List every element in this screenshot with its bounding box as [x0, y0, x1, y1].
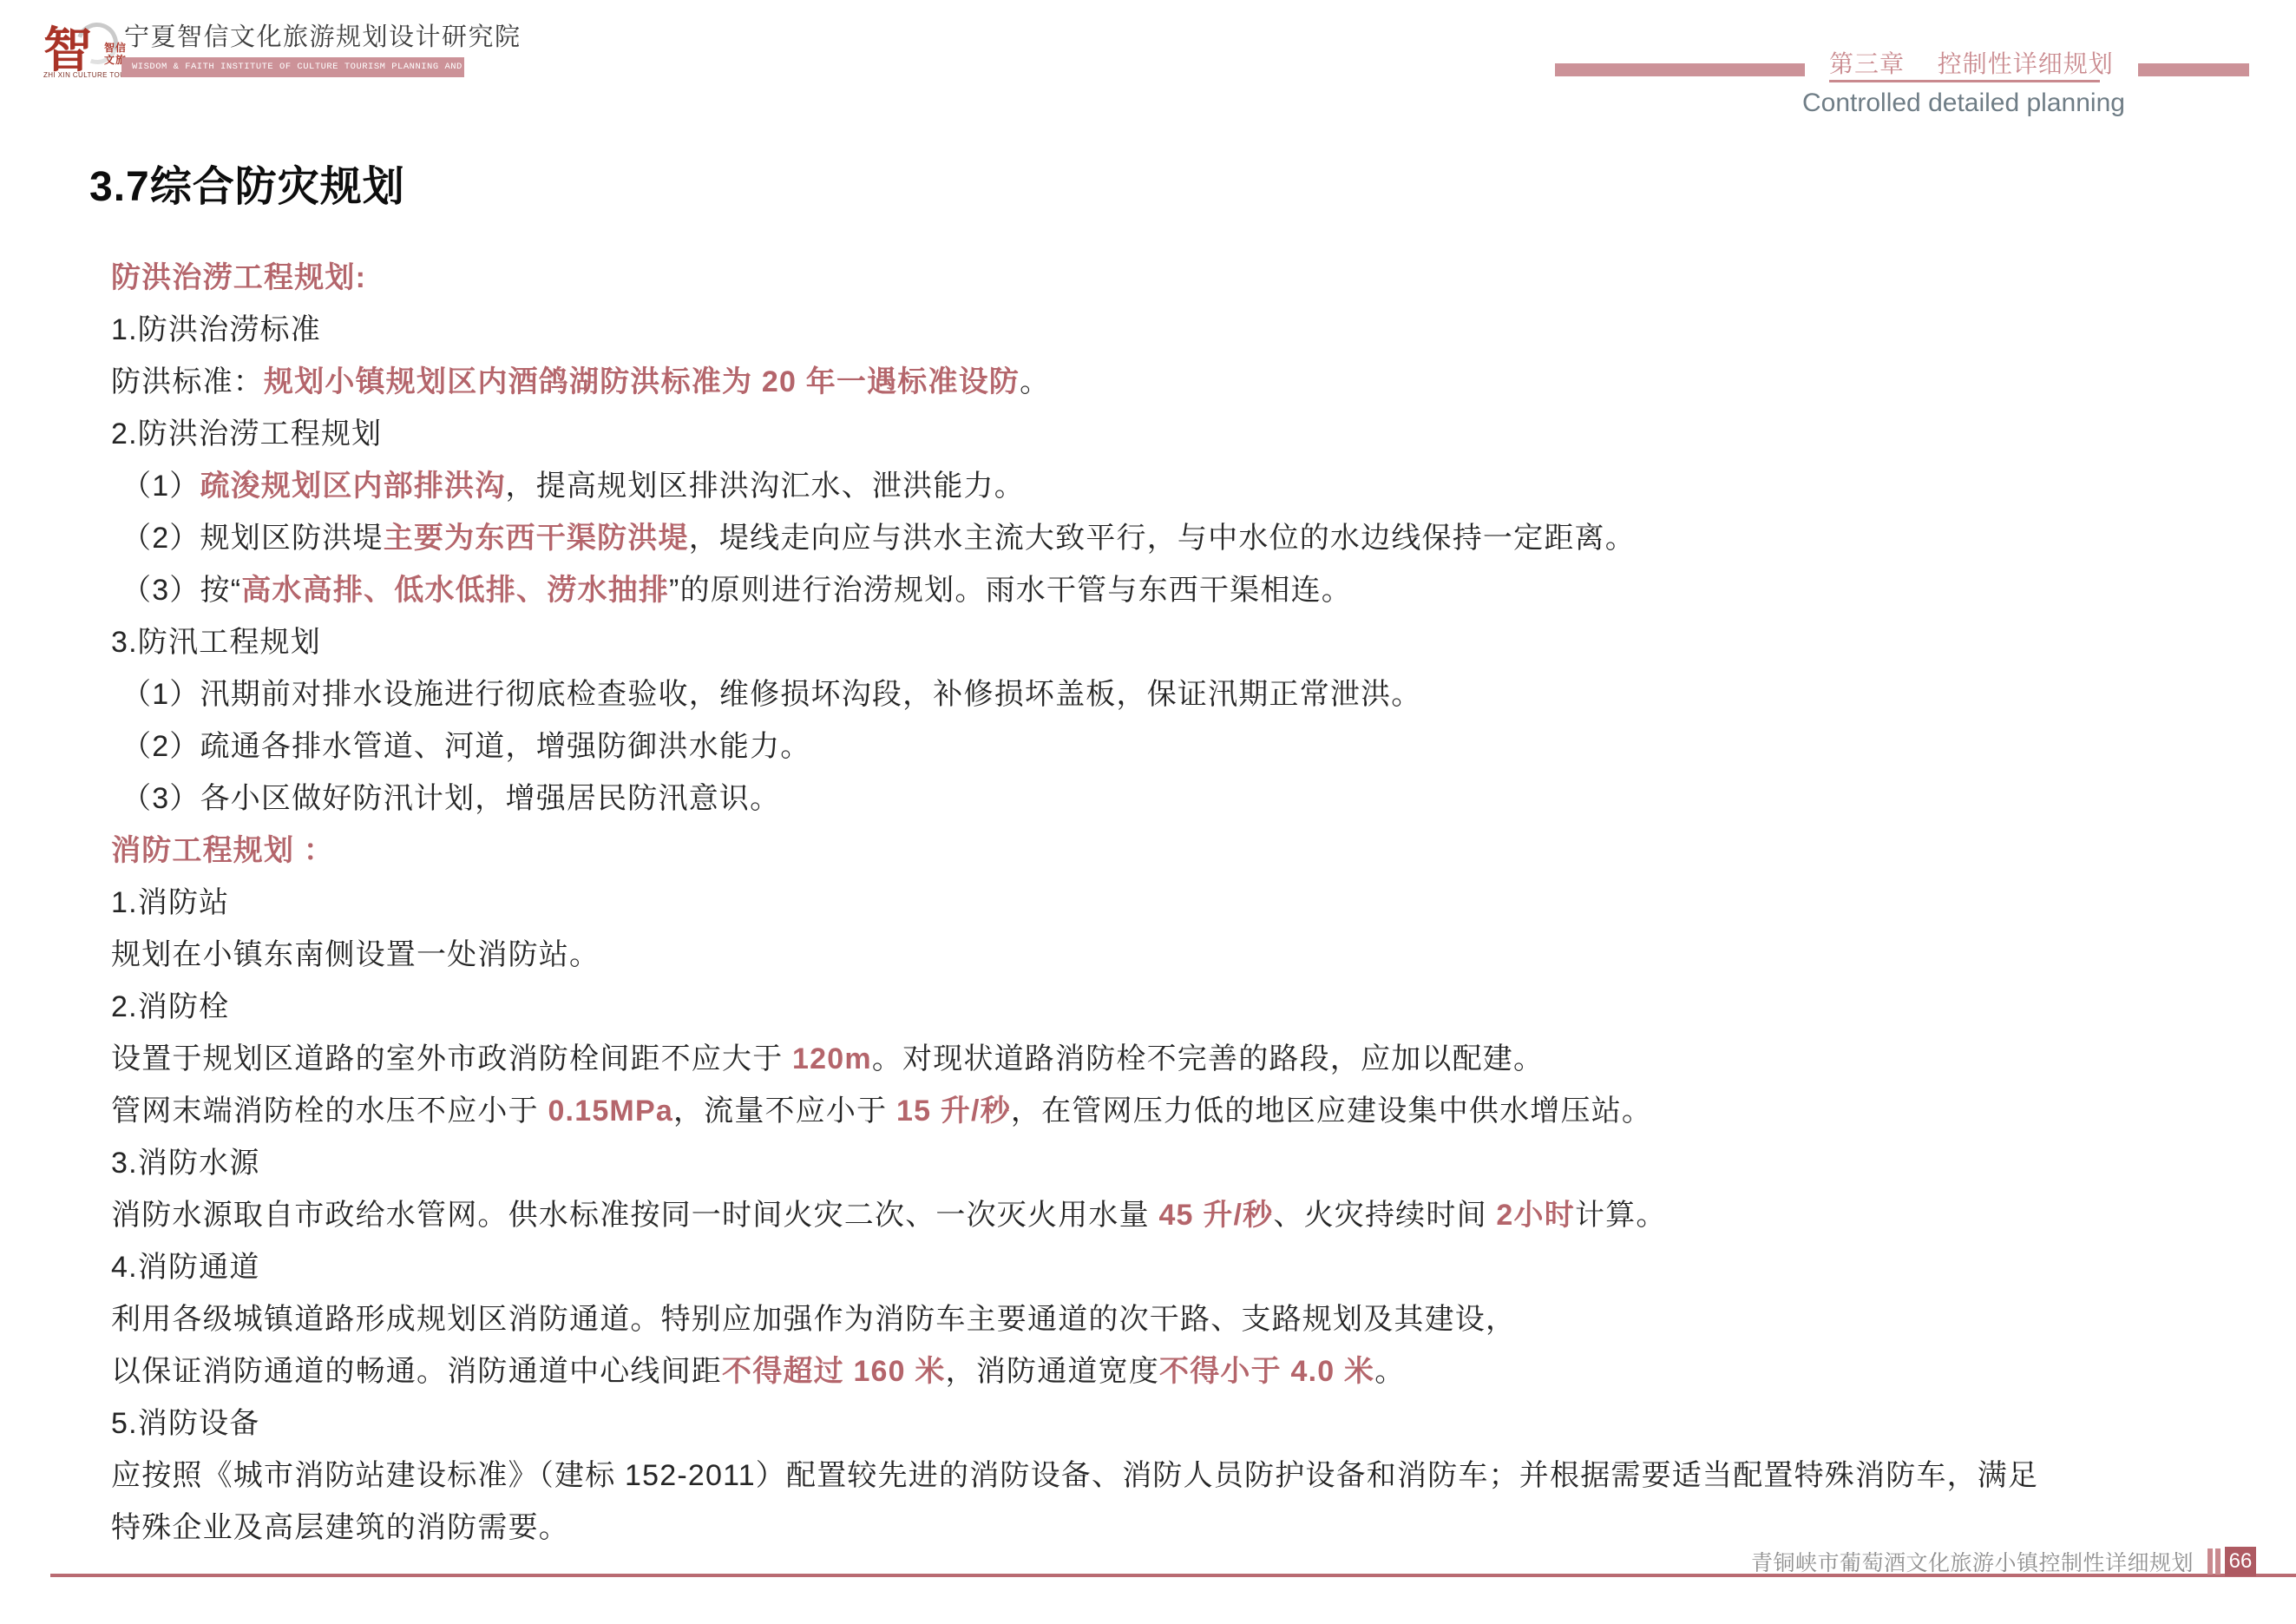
highlight-text: 45 升/秒	[1158, 1199, 1273, 1232]
body-text: 。对现状道路消防栓不完善的路段，应加以配建。	[872, 1042, 1544, 1075]
body-text: 应按照《城市消防站建设标准》（建标 152-2011）配置较先进的消防设备、消防…	[111, 1459, 2038, 1492]
body-text: 2.防洪治涝工程规划	[111, 418, 382, 450]
body-text: （2）疏通各排水管道、河道，增强防御洪水能力。	[121, 730, 811, 763]
body-text: 、火灾持续时间	[1273, 1199, 1496, 1232]
content-line: （3）各小区做好防汛计划，增强居民防汛意识。	[111, 773, 2246, 825]
highlight-text: 15 升/秒	[896, 1095, 1011, 1128]
content-line: （1）汛期前对排水设施进行彻底检查验收，维修损坏沟段，补修损坏盖板，保证汛期正常…	[111, 668, 2246, 720]
chapter-underline	[1829, 80, 2100, 82]
chapter-decor-bar-right	[2138, 63, 2249, 76]
body-text: （3）按“	[121, 574, 241, 607]
chapter-title-en: Controlled detailed planning	[1802, 89, 2125, 118]
body-text: 防洪标准：	[111, 365, 264, 398]
content-line: 管网末端消防栓的水压不应小于 0.15MPa，流量不应小于 15 升/秒，在管网…	[111, 1085, 2246, 1137]
page-title: 3.7综合防灾规划	[89, 153, 405, 213]
highlight-text: 防洪治涝工程规划:	[111, 261, 366, 294]
chapter-title-cn: 第三章 控制性详细规划	[1829, 45, 2114, 80]
content-line: 5.消防设备	[111, 1397, 2246, 1450]
content-line: （1）疏浚规划区内部排洪沟，提高规划区排洪沟汇水、泄洪能力。	[111, 460, 2246, 512]
content-line: 规划在小镇东南侧设置一处消防站。	[111, 929, 2246, 981]
highlight-text: 不得小于 4.0 米	[1159, 1355, 1374, 1388]
content-line: 4.消防通道	[111, 1241, 2246, 1293]
body-text: 计算。	[1575, 1199, 1667, 1232]
content-line: 防洪治涝工程规划:	[111, 252, 2246, 304]
content-line: 利用各级城镇道路形成规划区消防通道。特别应加强作为消防车主要通道的次干路、支路规…	[111, 1293, 2246, 1345]
highlight-text: 疏浚规划区内部排洪沟	[200, 470, 506, 503]
body-text: 4.消防通道	[111, 1251, 260, 1284]
body-text: ，流量不应小于	[673, 1095, 896, 1128]
page-number-badge: 66	[2207, 1547, 2256, 1576]
content-line: （2）疏通各排水管道、河道，增强防御洪水能力。	[111, 720, 2246, 773]
content-line: 防洪标准：规划小镇规划区内酒鸽湖防洪标准为 20 年一遇标准设防。	[111, 356, 2246, 408]
content: 防洪治涝工程规划:1.防洪治涝标准防洪标准：规划小镇规划区内酒鸽湖防洪标准为 2…	[111, 252, 2246, 1554]
content-line: 1.防洪治涝标准	[111, 304, 2246, 356]
body-text: 。	[1374, 1355, 1405, 1388]
footer: 青铜峡市葡萄酒文化旅游小镇控制性详细规划 66	[1751, 1547, 2256, 1576]
body-text: （1）	[121, 470, 200, 503]
content-line: 消防工程规划 ：	[111, 825, 2246, 877]
body-text: 管网末端消防栓的水压不应小于	[111, 1095, 548, 1128]
body-text: 3.防汛工程规划	[111, 626, 321, 659]
body-text: 以保证消防通道的畅通。消防通道中心线间距	[111, 1355, 722, 1388]
highlight-text: 规划小镇规划区内酒鸽湖防洪标准为 20 年一遇标准设防	[264, 365, 1020, 398]
content-line: 以保证消防通道的畅通。消防通道中心线间距不得超过 160 米，消防通道宽度不得小…	[111, 1345, 2246, 1397]
content-line: 2.消防栓	[111, 981, 2246, 1033]
highlight-text: 2小时	[1496, 1199, 1575, 1232]
body-text: （3）各小区做好防汛计划，增强居民防汛意识。	[121, 782, 780, 815]
body-text: 2.消防栓	[111, 990, 229, 1023]
page-number: 66	[2225, 1547, 2256, 1576]
content-line: 应按照《城市消防站建设标准》（建标 152-2011）配置较先进的消防设备、消防…	[111, 1450, 2246, 1502]
chapter-decor-bar-left	[1555, 63, 1805, 76]
body-text: 5.消防设备	[111, 1407, 260, 1440]
content-line: （2）规划区防洪堤主要为东西干渠防洪堤，堤线走向应与洪水主流大致平行，与中水位的…	[111, 512, 2246, 564]
body-text: ，堤线走向应与洪水主流大致平行，与中水位的水边线保持一定距离。	[689, 522, 1636, 555]
highlight-text: 不得超过 160 米	[722, 1355, 946, 1388]
content-line: （3）按“高水高排、低水低排、涝水抽排”的原则进行治涝规划。雨水干管与东西干渠相…	[111, 564, 2246, 616]
body-text: 特殊企业及高层建筑的消防需要。	[111, 1511, 569, 1544]
institute-name-cn: 宁夏智信文化旅游规划设计研究院	[124, 17, 522, 53]
highlight-text: 主要为东西干渠防洪堤	[384, 522, 689, 555]
highlight-text: 消防工程规划 ：	[111, 834, 334, 867]
body-text: ”的原则进行治涝规划。雨水干管与东西干渠相连。	[669, 574, 1352, 607]
body-text: （1）汛期前对排水设施进行彻底检查验收，维修损坏沟段，补修损坏盖板，保证汛期正常…	[121, 678, 1422, 711]
content-line: 1.消防站	[111, 877, 2246, 929]
content-line: 设置于规划区道路的室外市政消防栓间距不应大于 120m。对现状道路消防栓不完善的…	[111, 1033, 2246, 1085]
document-page: 智 智信文旅 ZHI XIN CULTURE TOURISM 宁夏智信文化旅游规…	[0, 0, 2296, 1624]
body-text: ，在管网压力低的地区应建设集中供水增压站。	[1011, 1095, 1652, 1128]
highlight-text: 高水高排、低水低排、涝水抽排	[241, 574, 669, 607]
body-text: 消防水源取自市政给水管网。供水标准按同一时间火灾二次、一次灭火用水量	[111, 1199, 1158, 1232]
body-text: 1.消防站	[111, 886, 229, 919]
body-text: 1.防洪治涝标准	[111, 313, 321, 346]
content-line: 2.防洪治涝工程规划	[111, 408, 2246, 460]
body-text: 规划在小镇东南侧设置一处消防站。	[111, 938, 600, 971]
badge-bar-icon	[2207, 1548, 2213, 1575]
footer-doc-title: 青铜峡市葡萄酒文化旅游小镇控制性详细规划	[1751, 1546, 2194, 1577]
highlight-text: 120m	[792, 1042, 872, 1075]
body-text: 3.消防水源	[111, 1147, 260, 1180]
body-text: 。	[1020, 365, 1050, 398]
badge-bar-icon	[2215, 1548, 2221, 1575]
body-text: 设置于规划区道路的室外市政消防栓间距不应大于	[111, 1042, 792, 1075]
content-line: 3.防汛工程规划	[111, 616, 2246, 668]
body-text: ，提高规划区排洪沟汇水、泄洪能力。	[506, 470, 1025, 503]
institute-name-en-band: WISDOM & FAITH INSTITUTE OF CULTURE TOUR…	[121, 57, 464, 77]
body-text: 利用各级城镇道路形成规划区消防通道。特别应加强作为消防车主要通道的次干路、支路规…	[111, 1303, 1516, 1336]
highlight-text: 0.15MPa	[548, 1095, 672, 1128]
content-line: 3.消防水源	[111, 1137, 2246, 1189]
content-line: 消防水源取自市政给水管网。供水标准按同一时间火灾二次、一次灭火用水量 45 升/…	[111, 1189, 2246, 1241]
body-text: ，消防通道宽度	[946, 1355, 1159, 1388]
body-text: （2）规划区防洪堤	[121, 522, 384, 555]
